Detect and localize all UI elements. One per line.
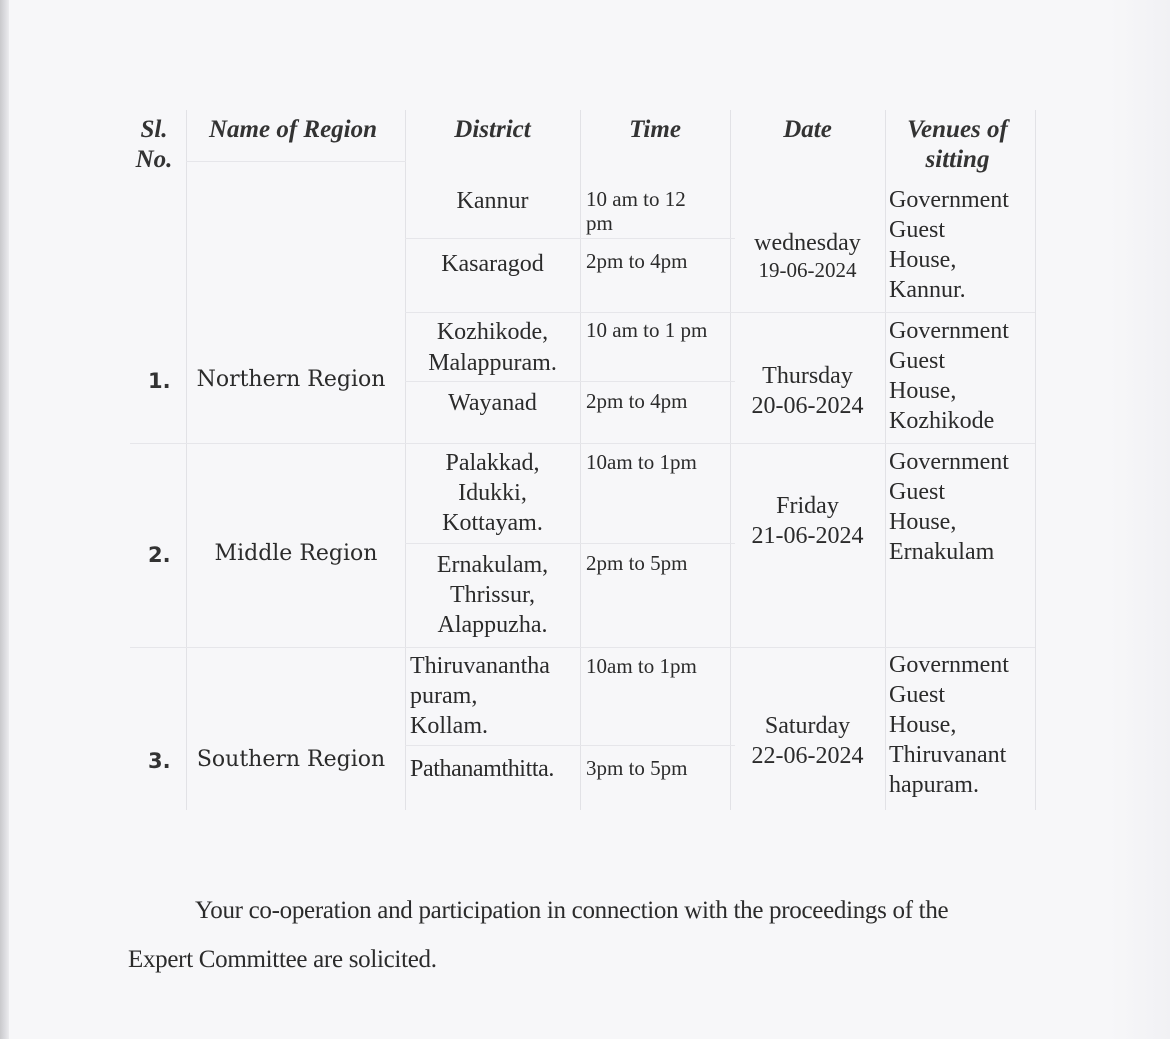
- sitting-date: wednesday 19-06-2024: [735, 229, 880, 283]
- district: Kannur: [405, 186, 580, 216]
- header-venue: Venues of sitting: [885, 115, 1030, 175]
- closing-line-2: Expert Committee are solicited.: [128, 945, 437, 975]
- sitting-date: Saturday 22-06-2024: [735, 711, 880, 771]
- district: Thiruvanantha puram, Kollam.: [410, 651, 550, 741]
- time-slot: 3pm to 5pm: [586, 756, 688, 780]
- district: Kozhikode, Malappuram.: [405, 317, 580, 379]
- time-slot: 2pm to 4pm: [586, 389, 688, 413]
- time-slot: 10am to 1pm: [586, 654, 697, 678]
- sl-no: 1.: [148, 366, 171, 396]
- sitting-date: Friday 21-06-2024: [735, 491, 880, 551]
- time-slot: 2pm to 4pm: [586, 249, 688, 273]
- district: Pathanamthitta.: [410, 754, 554, 784]
- sitting-date: Thursday 20-06-2024: [735, 361, 880, 421]
- venue: Government Guest House, Ernakulam: [889, 447, 1009, 567]
- header-district: District: [405, 115, 580, 145]
- time-slot: 10 am to 12 pm: [586, 187, 686, 235]
- header-sl-no: Sl. No.: [125, 115, 183, 175]
- header-date: Date: [730, 115, 885, 145]
- venue: Government Guest House, Kannur.: [889, 185, 1009, 305]
- district: Palakkad, Idukki, Kottayam.: [405, 448, 580, 538]
- header-time: Time: [580, 115, 730, 145]
- time-slot: 10 am to 1 pm: [586, 318, 707, 342]
- time-slot: 2pm to 5pm: [586, 551, 688, 575]
- region-name: Northern Region: [186, 365, 396, 395]
- venue: Government Guest House, Kozhikode: [889, 316, 1009, 436]
- sl-no: 2.: [148, 540, 171, 570]
- closing-line-1: Your co-operation and participation in c…: [195, 896, 948, 926]
- region-name: Middle Region: [186, 539, 406, 569]
- page-edge-right: [1110, 0, 1170, 1039]
- time-slot: 10am to 1pm: [586, 450, 697, 474]
- district: Kasaragod: [405, 249, 580, 279]
- venue: Government Guest House, Thiruvanant hapu…: [889, 650, 1009, 800]
- header-region: Name of Region: [190, 115, 396, 145]
- page-edge-shadow: [0, 0, 9, 1039]
- district: Ernakulam, Thrissur, Alappuzha.: [405, 550, 580, 640]
- region-name: Southern Region: [186, 745, 396, 775]
- district: Wayanad: [405, 388, 580, 418]
- sl-no: 3.: [148, 746, 171, 776]
